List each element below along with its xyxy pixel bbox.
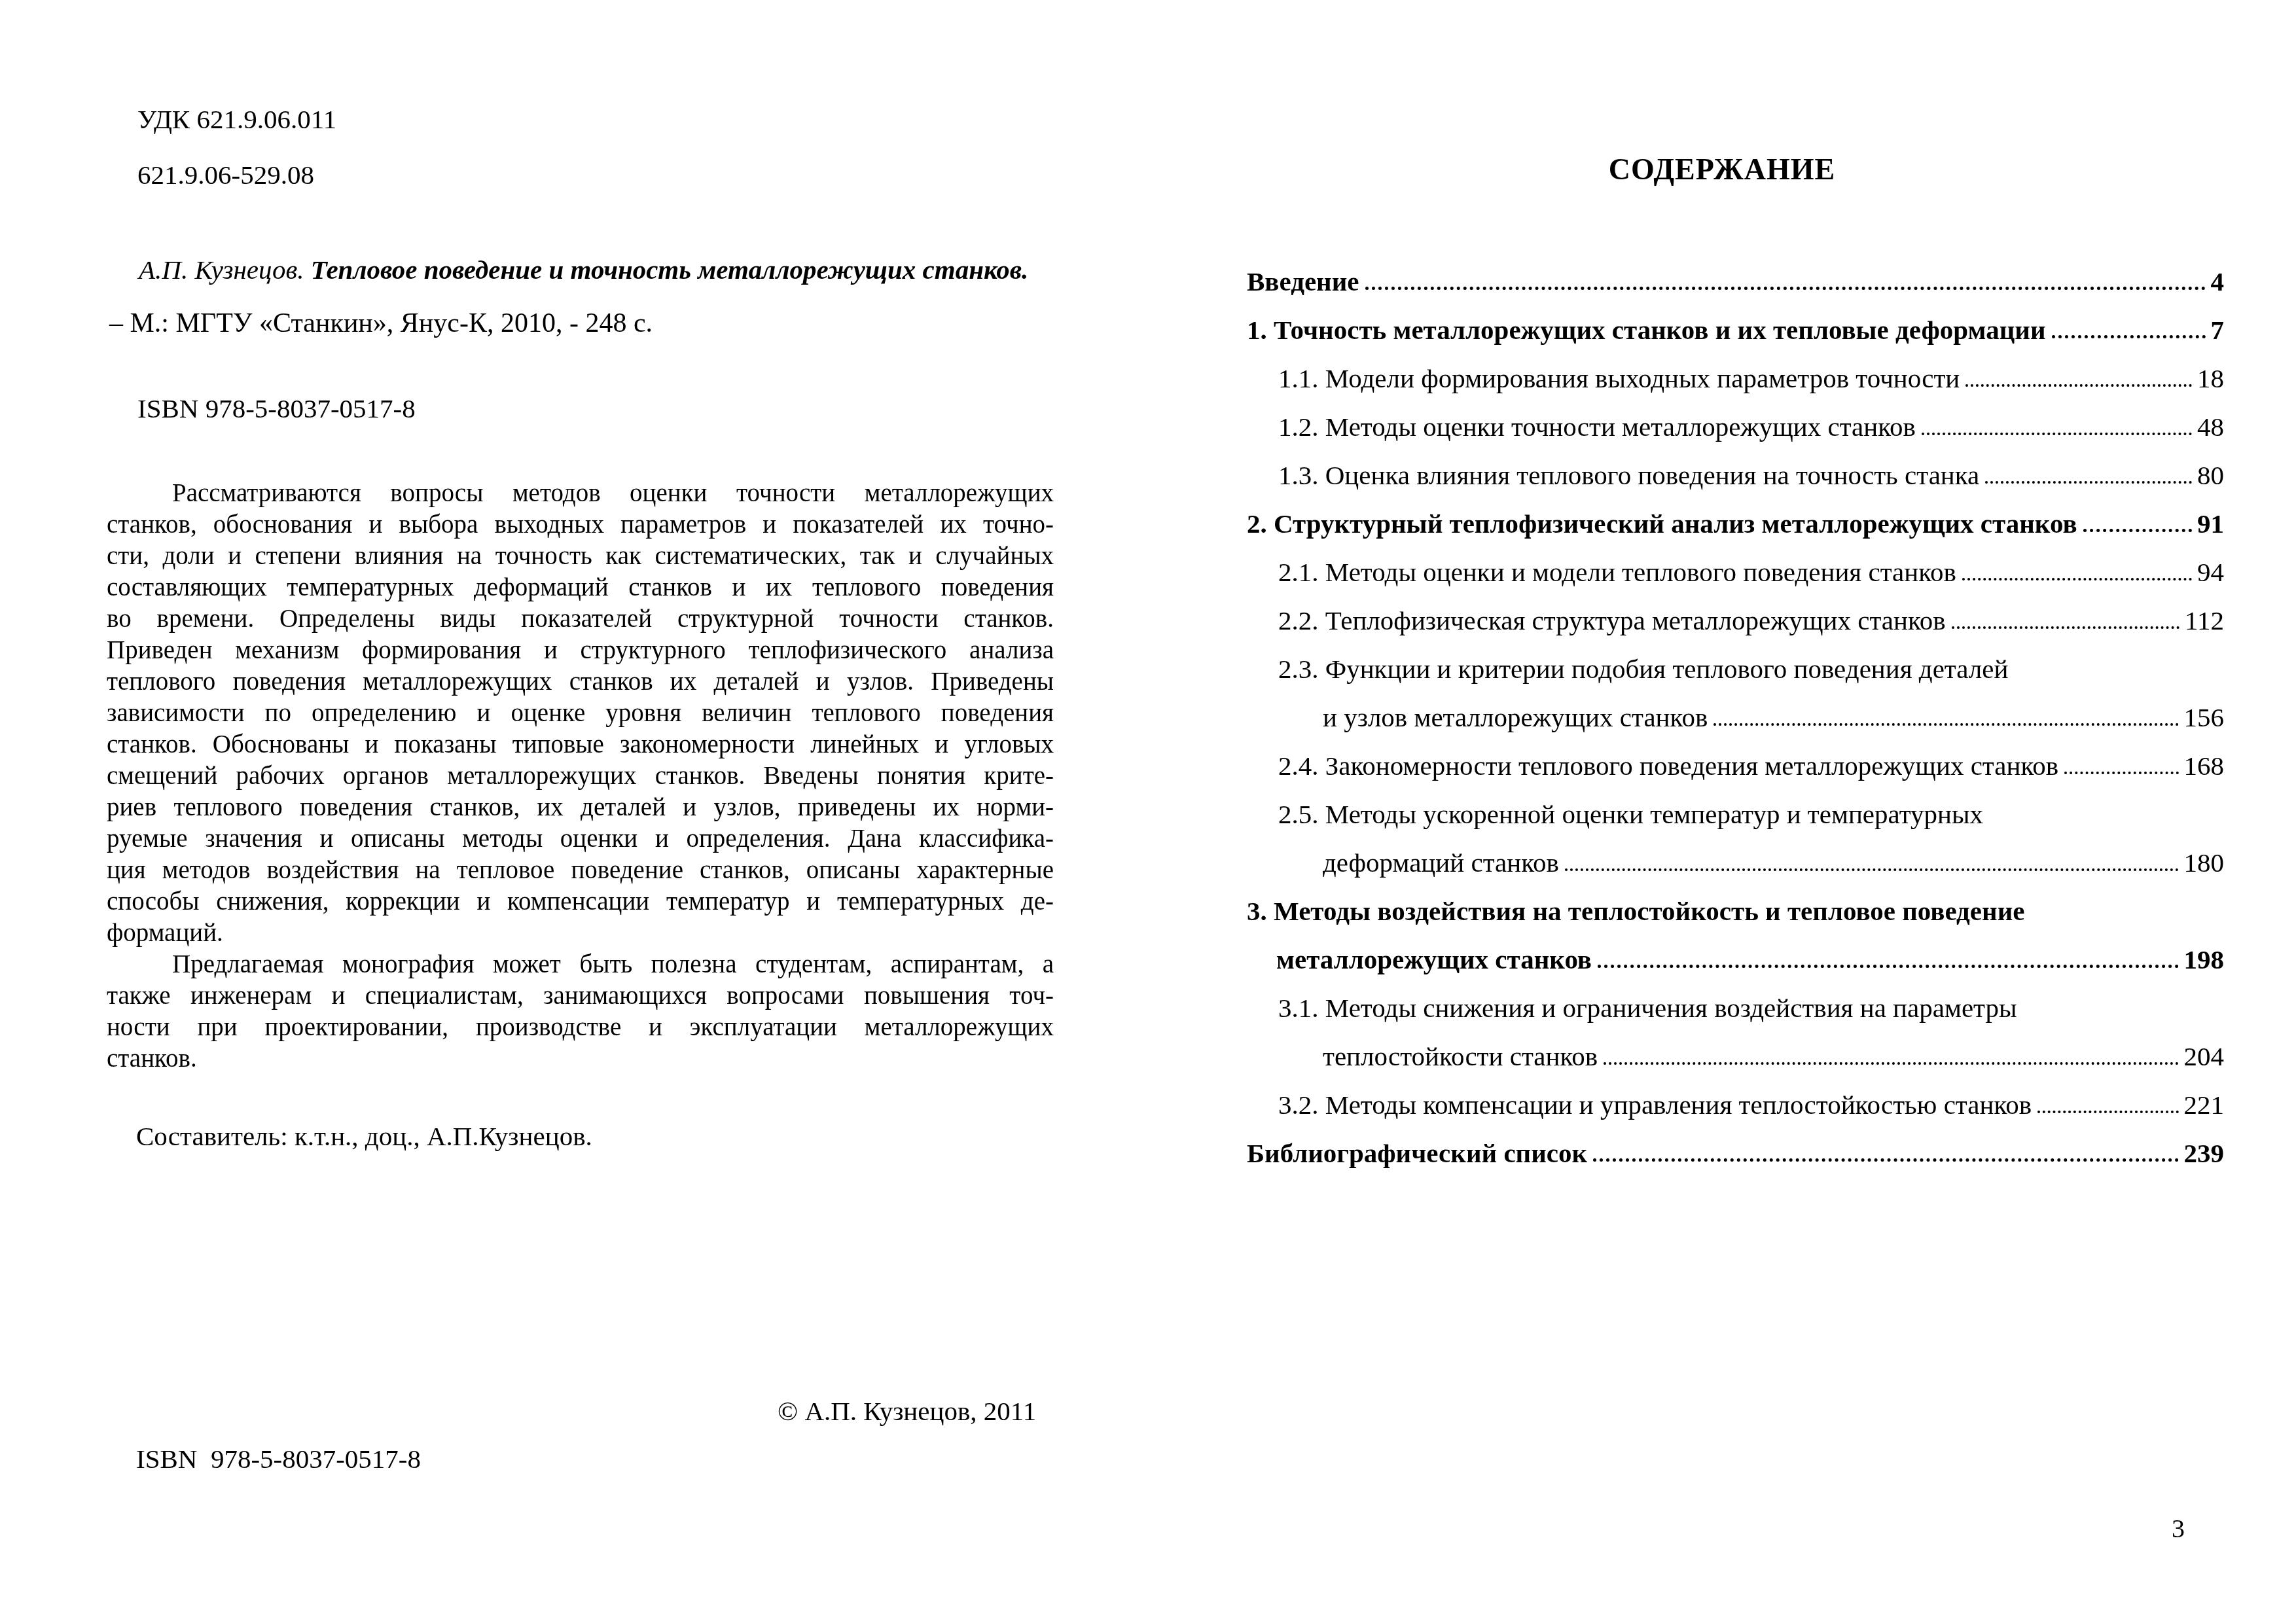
- toc-entry-text: 2.1. Методы оценки и модели теплового по…: [1278, 558, 1956, 586]
- author-name: А.П. Кузнецов.: [139, 255, 311, 285]
- toc-entry-text: 2.3. Функции и критерии подобия тепловог…: [1278, 654, 2008, 683]
- toc-entry-text: 1. Точность металлорежущих станков и их …: [1247, 315, 2046, 344]
- imprint-line: – М.: МГТУ «Станкин», Янус-К, 2010, - 24…: [109, 308, 653, 339]
- annotation-line: Приведен механизм формирования и структу…: [107, 635, 1054, 666]
- annotation-line: смещений рабочих органов металлорежущих …: [107, 760, 1054, 792]
- annotation-line: ция методов воздействия на тепловое пове…: [107, 855, 1054, 886]
- toc-dot-leader: [2064, 772, 2178, 774]
- isbn-top: ISBN 978-5-8037-0517-8: [137, 393, 416, 424]
- toc-line: и узлов металлорежущих станков156: [1247, 683, 2224, 732]
- annotation-line: формаций.: [107, 918, 1054, 949]
- toc-line: Введение4: [1247, 247, 2224, 296]
- toc-dot-leader: [1922, 433, 2192, 435]
- toc-page-number: 198: [2184, 945, 2225, 974]
- toc-dot-leader: [1965, 384, 2192, 387]
- toc-dot-leader: [2037, 1111, 2178, 1113]
- toc-line: 3. Методы воздействия на теплостойкость …: [1247, 877, 2224, 925]
- annotation-line: сти, доли и степени влияния на точность …: [107, 541, 1054, 572]
- toc-line: 2.4. Закономерности теплового поведения …: [1247, 732, 2224, 780]
- toc-line: 2.2. Теплофизическая структура металлоре…: [1247, 586, 2224, 635]
- toc-entry-text: 2.5. Методы ускоренной оценки температур…: [1278, 800, 1983, 829]
- annotation-line: станков, обоснования и выбора выходных п…: [107, 509, 1054, 541]
- toc-page-number: 112: [2185, 606, 2224, 635]
- toc-line: 2. Структурный теплофизический анализ ме…: [1247, 490, 2224, 538]
- toc-dot-leader: [1365, 287, 2206, 290]
- annotation-paragraph: Рассматриваются вопросы методов оценки т…: [107, 478, 1054, 1075]
- toc-entry-text: 1.2. Методы оценки точности металлорежущ…: [1278, 412, 1916, 441]
- left-page: УДК 621.9.06.011 621.9.06-529.08 А.П. Ку…: [0, 0, 1148, 1623]
- toc-entry-text: 3. Методы воздействия на теплостойкость …: [1247, 897, 2024, 925]
- toc-entry-text: и узлов металлорежущих станков: [1323, 703, 1708, 732]
- annotation-line: Предлагаемая монография может быть полез…: [107, 949, 1054, 980]
- toc-list: Введение41. Точность металлорежущих стан…: [1247, 247, 2224, 1168]
- toc-line: металлорежущих станков198: [1247, 925, 2224, 974]
- toc-entry-text: теплостойкости станков: [1323, 1042, 1598, 1071]
- toc-line: Библиографический список239: [1247, 1119, 2224, 1168]
- udk-code-line-1: УДК 621.9.06.011: [137, 105, 336, 134]
- annotation-line: руемые значения и описаны методы оценки …: [107, 823, 1054, 855]
- toc-entry-text: 2.4. Закономерности теплового поведения …: [1278, 751, 2058, 780]
- compiler-line: Составитель: к.т.н., доц., А.П.Кузнецов.: [136, 1120, 592, 1152]
- toc-line: 3.2. Методы компенсации и управления теп…: [1247, 1071, 2224, 1119]
- toc-dot-leader: [1593, 1158, 2178, 1162]
- toc-entry-text: 3.1. Методы снижения и ограничения возде…: [1278, 993, 2017, 1022]
- toc-dot-leader: [1713, 723, 2178, 726]
- toc-page-number: 80: [2197, 461, 2224, 490]
- toc-dot-leader: [1962, 578, 2192, 580]
- annotation-line: станков. Обоснованы и показаны типовые з…: [107, 729, 1054, 760]
- toc-line: 2.1. Методы оценки и модели теплового по…: [1247, 538, 2224, 586]
- toc-page-number: 91: [2197, 509, 2224, 538]
- annotation-line: способы снижения, коррекции и компенсаци…: [107, 886, 1054, 918]
- toc-line: 1.2. Методы оценки точности металлорежущ…: [1247, 393, 2224, 441]
- toc-entry-text: металлорежущих станков: [1276, 945, 1592, 974]
- toc-page-number: 204: [2184, 1042, 2225, 1071]
- toc-entry-text: 2.2. Теплофизическая структура металлоре…: [1278, 606, 1946, 635]
- toc-dot-leader: [2052, 335, 2206, 338]
- toc-entry-text: 1.1. Модели формирования выходных параме…: [1278, 364, 1960, 393]
- annotation-line: зависимости по определению и оценке уров…: [107, 698, 1054, 729]
- toc-line: 1. Точность металлорежущих станков и их …: [1247, 296, 2224, 344]
- toc-dot-leader: [2083, 529, 2192, 532]
- toc-page-number: 156: [2184, 703, 2225, 732]
- toc-page-number: 48: [2197, 412, 2224, 441]
- book-title: Тепловое поведение и точность металлореж…: [311, 255, 1028, 285]
- annotation-line: во времени. Определены виды показателей …: [107, 603, 1054, 635]
- toc-line: деформаций станков180: [1247, 829, 2224, 877]
- toc-line: теплостойкости станков204: [1247, 1022, 2224, 1071]
- toc-page-number: 180: [2184, 848, 2225, 877]
- book-spread-scan: { "left_page": { "udk_line1": "УДК 621.9…: [0, 0, 2296, 1623]
- annotation-line: также инженерам и специалистам, занимающ…: [107, 980, 1054, 1012]
- toc-title: СОДЕРЖАНИЕ: [1148, 152, 2296, 187]
- toc-line: 1.3. Оценка влияния теплового поведения …: [1247, 441, 2224, 490]
- copyright-line: © А.П. Кузнецов, 2011: [778, 1395, 1036, 1427]
- author-title-line: А.П. Кузнецов. Тепловое поведение и точн…: [139, 254, 1028, 285]
- toc-page-number: 168: [2184, 751, 2225, 780]
- toc-entry-text: Библиографический список: [1247, 1139, 1587, 1168]
- isbn-bottom: ISBN 978-5-8037-0517-8: [136, 1443, 421, 1474]
- toc-page-number: 4: [2211, 267, 2225, 296]
- toc-line: 3.1. Методы снижения и ограничения возде…: [1247, 974, 2224, 1022]
- udk-code-line-2: 621.9.06-529.08: [137, 160, 314, 190]
- toc-entry-text: 3.2. Методы компенсации и управления теп…: [1278, 1090, 2032, 1119]
- toc-dot-leader: [1598, 965, 2178, 968]
- toc-page-number: 94: [2197, 558, 2224, 586]
- toc-entry-text: Введение: [1247, 267, 1359, 296]
- page-number: 3: [2172, 1513, 2185, 1544]
- toc-entry-text: 2. Структурный теплофизический анализ ме…: [1247, 509, 2077, 538]
- annotation-line: составляющих температурных деформаций ст…: [107, 572, 1054, 603]
- right-page: СОДЕРЖАНИЕ Введение41. Точность металлор…: [1148, 0, 2296, 1623]
- toc-dot-leader: [1985, 481, 2192, 484]
- toc-dot-leader: [1565, 868, 2179, 871]
- toc-page-number: 18: [2197, 364, 2224, 393]
- annotation-line: станков.: [107, 1043, 1054, 1075]
- annotation-line: Рассматриваются вопросы методов оценки т…: [107, 478, 1054, 509]
- toc-dot-leader: [1952, 626, 2179, 629]
- toc-entry-text: деформаций станков: [1323, 848, 1559, 877]
- toc-page-number: 221: [2184, 1090, 2225, 1119]
- toc-entry-text: 1.3. Оценка влияния теплового поведения …: [1278, 461, 1979, 490]
- annotation-line: ности при проектировании, производстве и…: [107, 1012, 1054, 1043]
- annotation-line: риев теплового поведения станков, их дет…: [107, 792, 1054, 823]
- toc-line: 2.5. Методы ускоренной оценки температур…: [1247, 780, 2224, 829]
- toc-page-number: 239: [2184, 1139, 2225, 1168]
- toc-line: 2.3. Функции и критерии подобия тепловог…: [1247, 635, 2224, 683]
- toc-page-number: 7: [2211, 315, 2225, 344]
- toc-line: 1.1. Модели формирования выходных параме…: [1247, 344, 2224, 393]
- annotation-line: теплового поведения металлорежущих станк…: [107, 666, 1054, 698]
- toc-dot-leader: [1604, 1062, 2178, 1065]
